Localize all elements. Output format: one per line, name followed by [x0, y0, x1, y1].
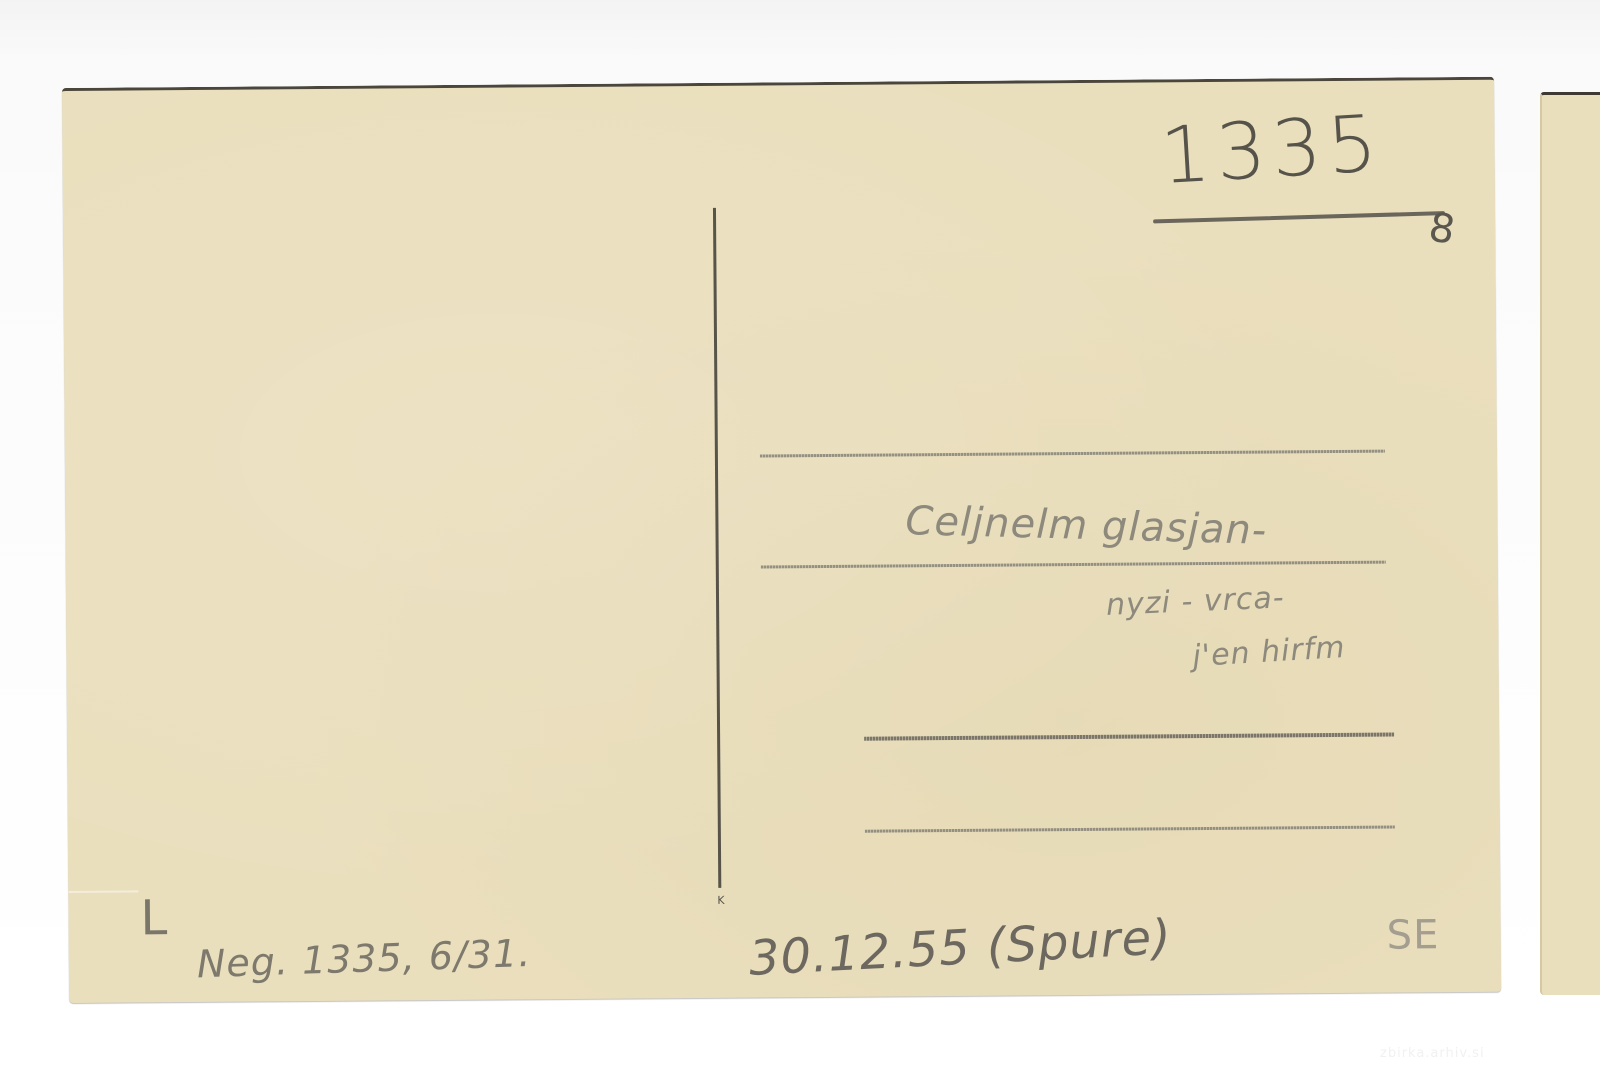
address-line-1 — [760, 450, 1385, 458]
adjacent-postcard-edge — [1540, 92, 1600, 995]
date-annotation: 30.12.55 (Spure) — [748, 909, 1173, 987]
postcard-back: 1335 8 K Celjnelm glasjan- nyzi - vrca- … — [62, 77, 1501, 1003]
catalog-number: 1335 — [1158, 99, 1386, 202]
address-note-line-1: Celjnelm glasjan- — [905, 498, 1268, 554]
archive-watermark: zbirka.arhiv.si — [1380, 1046, 1485, 1061]
bottom-left-mark: L — [140, 890, 168, 946]
photo-stage: 1335 8 K Celjnelm glasjan- nyzi - vrca- … — [0, 0, 1600, 1081]
address-line-4 — [865, 826, 1395, 833]
center-divider-line — [713, 208, 721, 888]
catalog-number-underline — [1153, 211, 1445, 223]
address-line-3 — [864, 733, 1394, 741]
address-line-2 — [761, 561, 1386, 569]
address-note-line-2: nyzi - vrca- — [1105, 580, 1285, 623]
inventory-number: Neg. 1335, 6/31. — [196, 931, 532, 986]
divider-printer-mark: K — [717, 894, 724, 907]
bottom-right-mark: SE — [1387, 912, 1440, 958]
address-note-line-3: j'en hirfm — [1192, 630, 1347, 674]
